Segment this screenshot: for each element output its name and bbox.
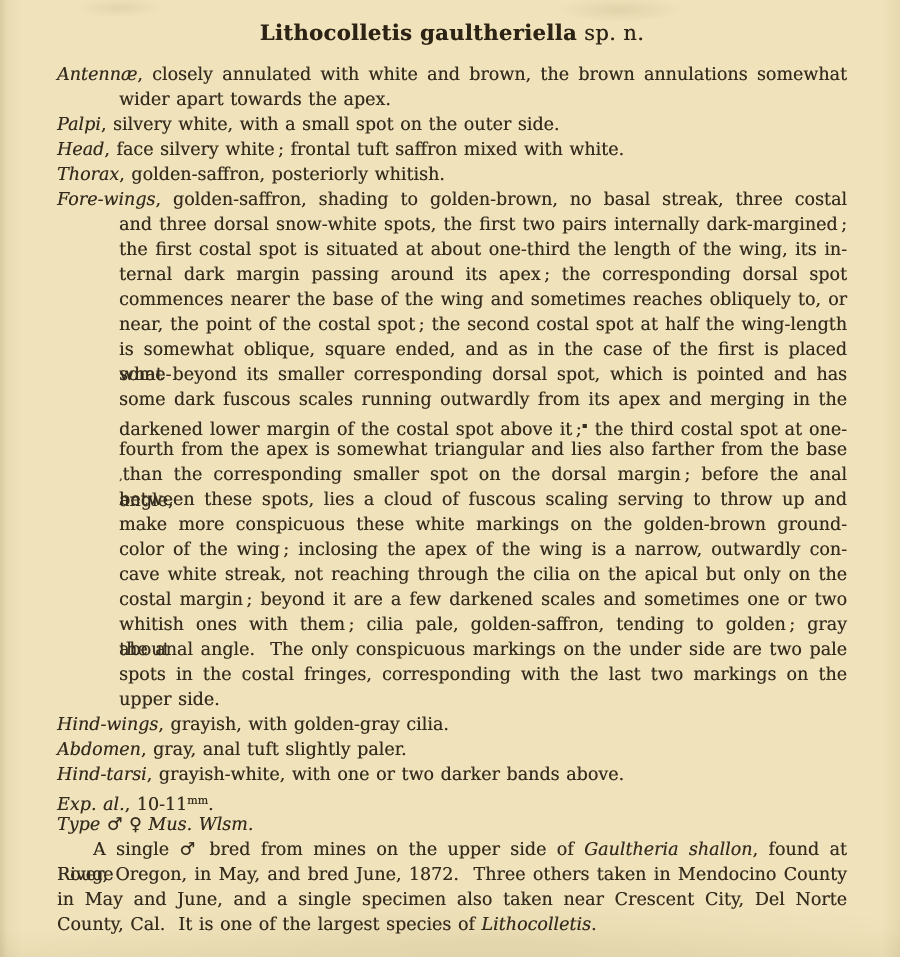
italic-text: Fore-wings <box>57 190 155 210</box>
italic-text: Thorax <box>57 165 119 185</box>
text-line: commences nearer the base of the wing an… <box>57 288 847 313</box>
body-text: . <box>208 795 214 815</box>
species-heading: Lithocolletis gaultheriella sp. n. <box>57 20 847 46</box>
text-line: some dark fuscous scales running outward… <box>57 388 847 413</box>
body-text: the anal angle. The only conspicuous mar… <box>119 640 847 660</box>
text-line: River, Oregon, in May, and bred June, 18… <box>57 863 847 888</box>
text-line: County, Cal. It is one of the largest sp… <box>57 913 847 938</box>
text-line: whitish ones with them ; cilia pale, gol… <box>57 613 847 638</box>
text-line: Thorax, golden-saffron, posteriorly whit… <box>57 163 847 188</box>
body-text: , 10-11 <box>125 795 188 815</box>
text-line: Type ♂ ♀ Mus. Wlsm. <box>57 813 847 838</box>
body-text: , silvery white, with a small spot on th… <box>101 115 560 135</box>
scanned-page: Lithocolletis gaultheriella sp. n. Anten… <box>0 0 900 957</box>
species-name: Lithocolletis gaultheriella <box>260 20 577 45</box>
text-line: wider apart towards the apex. <box>57 88 847 113</box>
body-text: make more conspicuous these white markin… <box>119 515 847 535</box>
body-text: upper side. <box>119 690 220 710</box>
text-line: upper side. <box>57 688 847 713</box>
italic-text: Exp. al. <box>57 795 125 815</box>
species-heading-suffix: sp. n. <box>577 21 644 45</box>
text-line: spots in the costal fringes, correspondi… <box>57 663 847 688</box>
text-line: Exp. al., 10-11mm. <box>57 788 847 813</box>
book-page: { "colors": { "paper": "#f0e3bb", "ink":… <box>0 0 900 957</box>
text-line: between these spots, lies a cloud of fus… <box>57 488 847 513</box>
text-line: make more conspicuous these white markin… <box>57 513 847 538</box>
body-text: bred from mines on the upper side of <box>199 840 584 860</box>
italic-text: Mus. Wlsm. <box>148 815 253 835</box>
body-text: cave white streak, not reaching through … <box>119 565 847 585</box>
text-line: costal margin ; beyond it are a few dark… <box>57 588 847 613</box>
body-text: commences nearer the base of the wing an… <box>119 290 847 310</box>
body-text: , golden-saffron, shading to golden-brow… <box>155 190 847 210</box>
body-text: , closely annulated with white and brown… <box>137 65 847 85</box>
text-line: Abdomen, gray, anal tuft slightly paler. <box>57 738 847 763</box>
body-text: and three dorsal snow-white spots, the f… <box>119 215 847 235</box>
text-line: Head, face silvery white ; frontal tuft … <box>57 138 847 163</box>
text-line: Antennæ, closely annulated with white an… <box>57 63 847 88</box>
italic-text: Type <box>57 815 107 835</box>
text-line: cave white streak, not reaching through … <box>57 563 847 588</box>
text-line: the anal angle. The only conspicuous mar… <box>57 638 847 663</box>
body-text: fourth from the apex is somewhat triangu… <box>119 440 847 460</box>
body-text: spots in the costal fringes, correspondi… <box>119 665 847 685</box>
italic-text: Gaultheria shallon <box>584 840 752 860</box>
text-line: Fore-wings, golden-saffron, shading to g… <box>57 188 847 213</box>
text-line: in May and June, and a single specimen a… <box>57 888 847 913</box>
body-text: River, Oregon, in May, and bred June, 18… <box>57 865 847 885</box>
body-text: between these spots, lies a cloud of fus… <box>119 490 847 510</box>
italic-text: Lithocolletis <box>481 915 591 935</box>
text-line: darkened lower margin of the costal spot… <box>57 413 847 438</box>
body-text: , grayish-white, with one or two darker … <box>147 765 624 785</box>
text-line: and three dorsal snow-white spots, the f… <box>57 213 847 238</box>
description-text: Antennæ, closely annulated with white an… <box>57 63 847 938</box>
body-text: . <box>591 915 597 935</box>
body-text: , gray, anal tuft slightly paler. <box>141 740 407 760</box>
text-line: the first costal spot is situated at abo… <box>57 238 847 263</box>
text-line: Hind-wings, grayish, with golden-gray ci… <box>57 713 847 738</box>
body-text: costal margin ; beyond it are a few dark… <box>119 590 847 610</box>
body-text: County, Cal. It is one of the largest sp… <box>57 915 481 935</box>
body-text: wider apart towards the apex. <box>119 90 391 110</box>
body-text: what beyond its smaller corresponding do… <box>119 365 847 385</box>
body-text: ♂ ♀ <box>107 815 149 835</box>
text-line: color of the wing ; inclosing the apex o… <box>57 538 847 563</box>
body-text: A single <box>93 840 179 860</box>
body-text: , face silvery white ; frontal tuft saff… <box>104 140 624 160</box>
italic-text: Palpi <box>57 115 101 135</box>
text-line: A single ♂ bred from mines on the upper … <box>57 838 847 863</box>
body-text: , golden-saffron, posteriorly whitish. <box>119 165 445 185</box>
body-text: in May and June, and a single specimen a… <box>57 890 847 910</box>
body-text: near, the point of the costal spot ; the… <box>119 315 847 335</box>
body-text: the first costal spot is situated at abo… <box>119 240 847 260</box>
body-text: color of the wing ; inclosing the apex o… <box>119 540 847 560</box>
italic-text: Antennæ <box>57 65 137 85</box>
text-line: ternal dark margin passing around its ap… <box>57 263 847 288</box>
italic-text: Hind-tarsi <box>57 765 147 785</box>
body-text: ♂ <box>179 840 199 860</box>
body-text: ternal dark margin passing around its ap… <box>119 265 847 285</box>
text-line: fourth from the apex is somewhat triangu… <box>57 438 847 463</box>
italic-text: Abdomen <box>57 740 141 760</box>
print-artifact: mm <box>187 794 208 807</box>
body-text: darkened lower margin of the costal spot… <box>119 420 582 440</box>
body-text: some dark fuscous scales running outward… <box>119 390 847 410</box>
text-line: Palpi, silvery white, with a small spot … <box>57 113 847 138</box>
text-line: ,than the corresponding smaller spot on … <box>57 463 847 488</box>
italic-text: Head <box>57 140 104 160</box>
text-line: Hind-tarsi, grayish-white, with one or t… <box>57 763 847 788</box>
text-line: is somewhat oblique, square ended, and a… <box>57 338 847 363</box>
italic-text: Hind-wings <box>57 715 158 735</box>
text-line: what beyond its smaller corresponding do… <box>57 363 847 388</box>
body-text: the third costal spot at one- <box>588 420 847 440</box>
text-line: near, the point of the costal spot ; the… <box>57 313 847 338</box>
body-text: , grayish, with golden-gray cilia. <box>158 715 449 735</box>
